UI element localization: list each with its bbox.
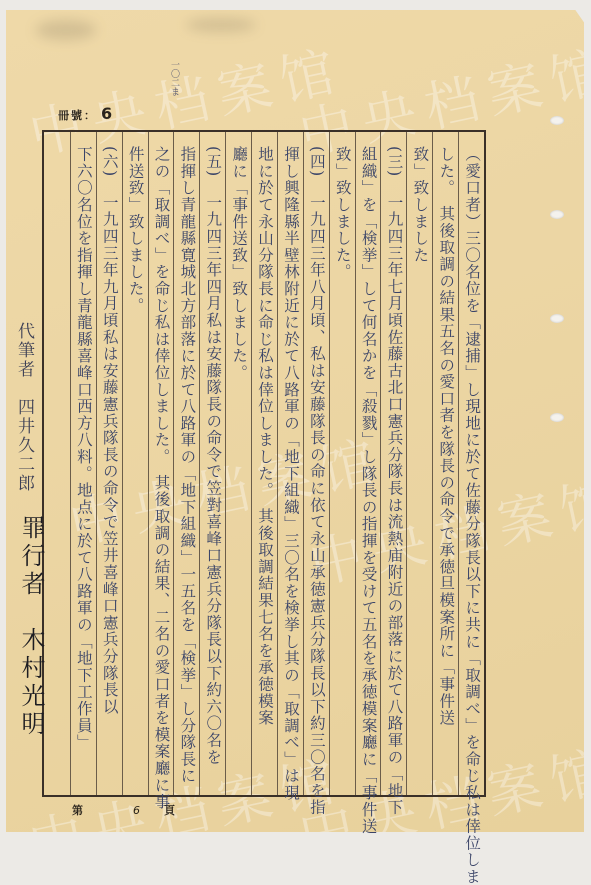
text-column: 之の「取調べ」を命じ私は倖位しました。 其後取調の結果、二名の愛口者を模案廳に事 <box>149 146 175 810</box>
text-column: 件送致」致しました。 <box>123 146 149 314</box>
volume-value: 6 <box>101 104 114 123</box>
proxy-writer-signature: 代筆者 四井久二郎 <box>12 322 37 493</box>
text-column: (三) 一九四三年七月頃佐藤古北口憲兵分隊長は流熱庙附近の部落に於て八路軍の「地… <box>381 146 407 816</box>
text-column: 廳に「事件送致」致しました。 <box>226 146 252 381</box>
text-column: (五) 一九四三年四月私は安藤隊長の命令で笠對喜峰口憲兵分隊長以下約六〇名を <box>200 146 226 766</box>
page-prefix: 第 <box>72 804 83 817</box>
volume-number: 冊號：6 <box>58 104 114 123</box>
text-column: 下六〇名位を指揮し青龍縣喜峰口西方八料。地点に於て八路軍の「地下工作員」 <box>71 146 97 751</box>
text-column: (四) 一九四三年八月頃、私は安藤隊長の命に依て永山承徳憲兵分隊長以下約三〇名を… <box>304 146 330 816</box>
volume-label: 冊號： <box>58 109 97 122</box>
page-number: 6 <box>133 804 140 817</box>
text-column: 指揮し青龍縣寛城北方部落に於て八路軍の「地下組織」一五名を「検挙」し分隊長に <box>174 146 200 784</box>
punch-hole <box>550 413 564 422</box>
perpetrator-signature: 罪行者 木村光明 <box>14 515 49 739</box>
text-column: （愛口者）三〇名位を「逮捕」し現地に於て佐藤分隊長以下に共に「取調べ」を命じ私は… <box>459 146 485 834</box>
text-column: 地に於て永山分隊長に命じ私は倖位しました。 其後取調結果七名を承徳模案 <box>252 146 278 726</box>
text-column: 致」致しました。 <box>330 146 356 280</box>
text-column: (六) 一九四三年九月頃私は安藤憲兵隊長の命令で笠井喜峰口憲兵分隊長以 <box>97 146 123 715</box>
text-column: した。 其後取調の結果五名の愛口者を隊長の命令で承徳旦模案所に「事件送 <box>433 146 459 726</box>
punch-hole <box>550 314 564 323</box>
stain <box>36 20 96 40</box>
top-annotation: 一〇二ま <box>168 60 181 96</box>
punch-hole <box>550 210 564 219</box>
text-column: 致」致しました <box>407 146 433 264</box>
text-column: 組織」を「検挙」して何名かを「殺戮」し隊長の指揮を受けて五名を承徳模案廳に「事件… <box>356 146 382 834</box>
stain <box>186 18 256 32</box>
punch-hole <box>550 116 564 125</box>
ruled-frame: （愛口者）三〇名位を「逮捕」し現地に於て佐藤分隊長以下に共に「取調べ」を命じ私は… <box>42 130 486 797</box>
page-suffix: 頁 <box>164 804 175 817</box>
page-footer: 第6頁 <box>72 802 175 818</box>
text-column: 揮し興隆縣半壁林附近に於て八路軍の「地下組織」三〇名を検挙し其の「取調べ」は現 <box>278 146 304 801</box>
